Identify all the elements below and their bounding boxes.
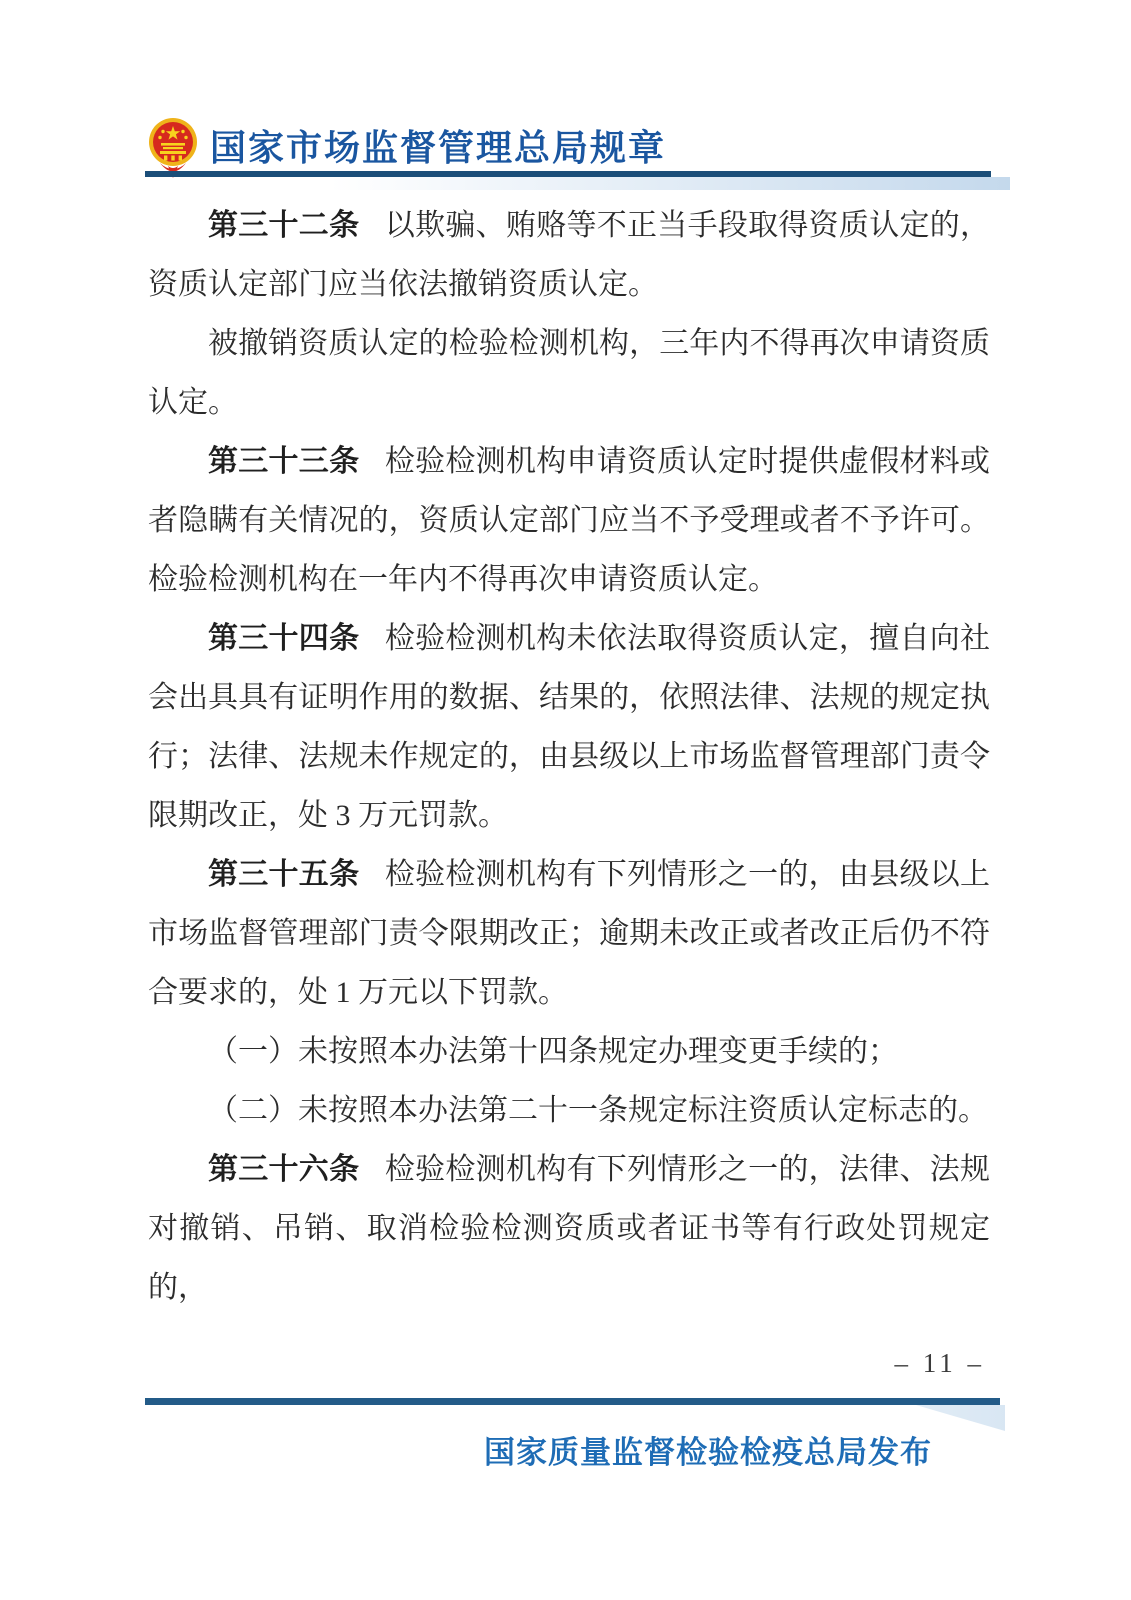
article-paragraph: 第三十六条检验检测机构有下列情形之一的，法律、法规对撤销、吊销、取消检验检测资质… bbox=[148, 1140, 990, 1317]
article-paragraph: （一）未按照本办法第十四条规定办理变更手续的； bbox=[148, 1022, 990, 1081]
document-page: 国家市场监督管理总局规章 第三十二条以欺骗、贿赂等不正当手段取得资质认定的，资质… bbox=[0, 0, 1131, 1600]
article-number: 第三十五条 bbox=[208, 858, 359, 891]
article-number: 第三十二条 bbox=[208, 209, 359, 242]
footer-divider bbox=[145, 1398, 1000, 1405]
regulation-text: 第三十二条以欺骗、贿赂等不正当手段取得资质认定的，资质认定部门应当依法撤销资质认… bbox=[148, 196, 990, 1317]
page-title: 国家市场监督管理总局规章 bbox=[210, 130, 666, 166]
article-paragraph: 被撤销资质认定的检验检测机构，三年内不得再次申请资质认定。 bbox=[148, 314, 990, 432]
article-text: 被撤销资质认定的检验检测机构，三年内不得再次申请资质认定。 bbox=[148, 327, 990, 419]
article-paragraph: 第三十四条检验检测机构未依法取得资质认定，擅自向社会出具具有证明作用的数据、结果… bbox=[148, 609, 990, 845]
page-number: – 11 – bbox=[895, 1348, 986, 1379]
article-paragraph: 第三十三条检验检测机构申请资质认定时提供虚假材料或者隐瞒有关情况的，资质认定部门… bbox=[148, 432, 990, 609]
article-paragraph: （二）未按照本办法第二十一条规定标注资质认定标志的。 bbox=[148, 1081, 990, 1140]
article-number: 第三十六条 bbox=[208, 1153, 359, 1186]
publisher-label: 国家质量监督检验检疫总局发布 bbox=[484, 1427, 932, 1472]
article-paragraph: 第三十二条以欺骗、贿赂等不正当手段取得资质认定的，资质认定部门应当依法撤销资质认… bbox=[148, 196, 990, 314]
article-number: 第三十三条 bbox=[208, 445, 359, 478]
article-text: （二）未按照本办法第二十一条规定标注资质认定标志的。 bbox=[208, 1094, 988, 1127]
article-paragraph: 第三十五条检验检测机构有下列情形之一的，由县级以上市场监督管理部门责令限期改正；… bbox=[148, 845, 990, 1022]
article-text: （一）未按照本办法第十四条规定办理变更手续的； bbox=[208, 1035, 898, 1068]
header-divider-gradient bbox=[330, 177, 1010, 190]
article-number: 第三十四条 bbox=[208, 622, 359, 655]
